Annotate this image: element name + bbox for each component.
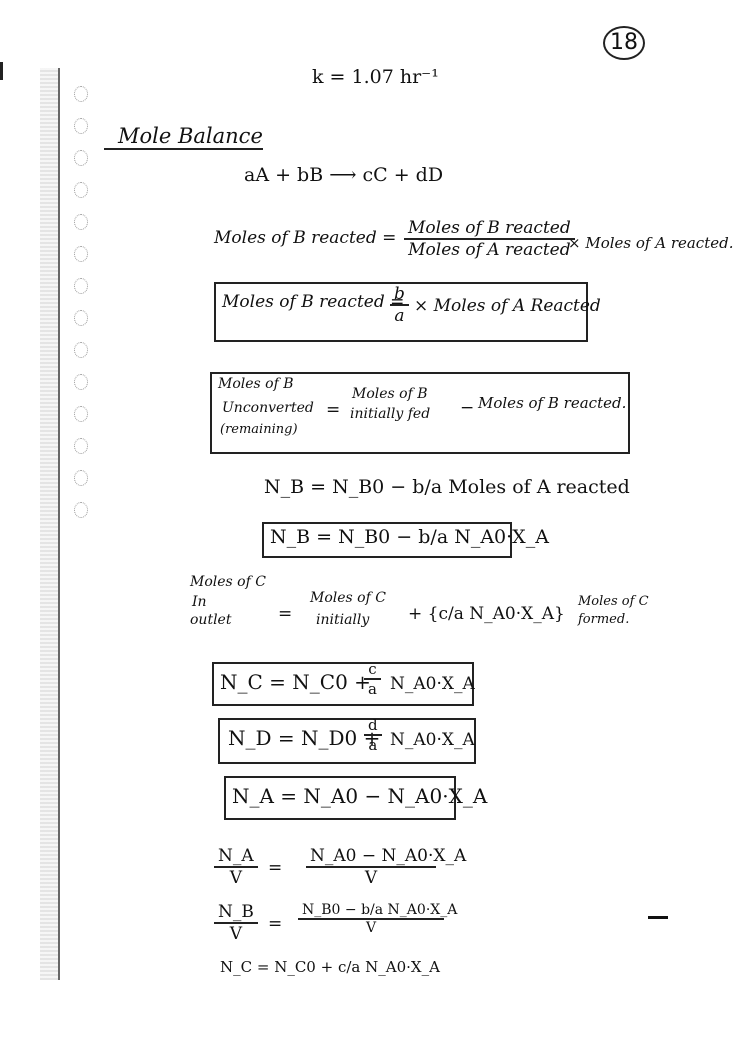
b-unconverted-label-3: (remaining)	[220, 422, 298, 437]
nd-boxed-lhs: N_D = N_D0 +	[228, 726, 380, 750]
c-formed-term: + {c/a N_A0·X_A}	[408, 604, 565, 624]
punch-hole	[74, 406, 88, 422]
nb-boxed-equation: N_B = N_B0 − b/a N_A0·X_A	[270, 526, 549, 548]
nc-boxed-rhs: N_A0·X_A	[390, 674, 475, 694]
equals-sign: =	[326, 400, 340, 420]
na-boxed-equation: N_A = N_A0 − N_A0·X_A	[232, 784, 487, 808]
c-formed-label-1: Moles of C	[578, 594, 649, 609]
nb-over-v: N_BV	[214, 902, 258, 944]
b-unconverted-label-1: Moles of B	[218, 376, 294, 392]
c-outlet-label-2: In	[192, 594, 207, 610]
boxed-b-reacted-lhs: Moles of B reacted =	[222, 292, 404, 312]
stray-mark	[648, 916, 668, 919]
punch-hole	[74, 438, 88, 454]
b-initial-label-1: Moles of B	[352, 386, 428, 402]
rate-constant: k = 1.07 hr⁻¹	[312, 66, 439, 88]
b-initial-label-2: initially fed	[350, 406, 430, 422]
punch-hole	[74, 278, 88, 294]
b-reacted-term: Moles of B reacted.	[478, 394, 626, 412]
punch-hole	[74, 342, 88, 358]
punch-hole	[74, 150, 88, 166]
b-reacted-lhs: Moles of B reacted =	[214, 228, 396, 248]
punch-hole	[74, 310, 88, 326]
na-over-v: N_AV	[214, 846, 258, 888]
punch-hole	[74, 214, 88, 230]
b-over-a: ba	[390, 284, 409, 326]
b-reacted-ratio: Moles of B reactedMoles of A reacted	[404, 218, 575, 260]
na-over-v-rhs: N_A0 − N_A0·X_AV	[306, 846, 436, 888]
equals-sign: =	[268, 858, 282, 878]
punch-hole	[74, 374, 88, 390]
c-initial-label-2: initially	[316, 612, 369, 628]
punch-hole	[74, 470, 88, 486]
punch-hole	[74, 502, 88, 518]
c-over-a: ca	[364, 660, 381, 698]
reaction-equation: aA + bB ⟶ cC + dD	[244, 164, 443, 186]
nd-boxed-rhs: N_A0·X_A	[390, 730, 475, 750]
boxed-b-reacted-rhs: × Moles of A Reacted	[414, 296, 601, 316]
d-over-a: da	[364, 716, 382, 754]
binding-margin	[40, 68, 58, 980]
page-number: 18	[603, 26, 645, 60]
scan-edge-mark	[0, 62, 3, 80]
c-outlet-label-1: Moles of C	[190, 574, 266, 590]
nc-boxed-lhs: N_C = N_C0 +	[220, 670, 371, 694]
nb-over-v-rhs: N_B0 − b/a N_A0·X_AV	[298, 902, 444, 936]
margin-line	[58, 68, 60, 980]
c-formed-label-2: formed.	[578, 612, 629, 627]
page-title: Mole Balance	[118, 124, 263, 148]
b-reacted-rhs: × Moles of A reacted.	[568, 234, 733, 252]
punch-hole	[74, 182, 88, 198]
equals-sign: =	[268, 914, 282, 934]
equals-sign: =	[278, 604, 292, 624]
punch-hole	[74, 118, 88, 134]
punch-hole	[74, 246, 88, 262]
nc-last-equation: N_C = N_C0 + c/a N_A0·X_A	[220, 958, 440, 976]
c-outlet-label-3: outlet	[190, 612, 231, 628]
b-unconverted-label-2: Unconverted	[222, 400, 314, 416]
c-initial-label-1: Moles of C	[310, 590, 386, 606]
minus-sign: −	[460, 398, 474, 418]
punch-hole	[74, 86, 88, 102]
nb-equation: N_B = N_B0 − b/a Moles of A reacted	[264, 476, 630, 498]
